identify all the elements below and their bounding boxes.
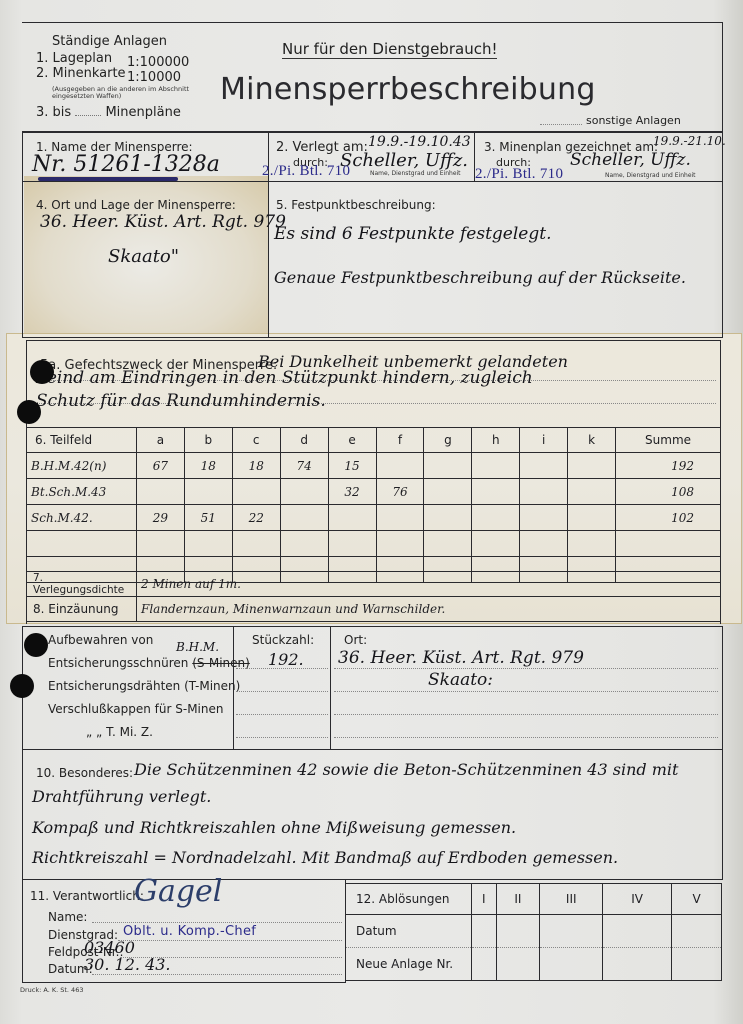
field7-row: 7. Verlegungsdichte 2 Minen auf 1m. — [27, 572, 721, 597]
count-cell — [520, 531, 568, 557]
item1-scale: 1:100000 — [127, 55, 189, 70]
count-cell: 29 — [136, 505, 184, 531]
relief-col: I — [472, 884, 497, 915]
item3-label: bis — [53, 105, 72, 120]
col-header: g — [424, 428, 472, 453]
item3: 3. bis Minenpläne — [36, 105, 181, 120]
relief-cell — [672, 948, 722, 981]
field3-by: Scheller, Uffz. — [570, 150, 691, 170]
count-cell — [376, 453, 424, 479]
count-cell — [328, 531, 376, 557]
distribution-note: (Ausgegeben an die anderen im Abschnitt … — [52, 86, 192, 100]
teilfeld-header-row: 6. Teilfeld a b c d e f g h i k Summe — [27, 428, 721, 453]
count-cell — [472, 453, 520, 479]
sum-cell — [616, 531, 721, 557]
count-cell — [328, 505, 376, 531]
relief-col: V — [672, 884, 722, 915]
count-cell — [568, 453, 616, 479]
count-cell — [520, 505, 568, 531]
relief-cell — [603, 915, 672, 948]
dotted-line — [540, 124, 582, 125]
relief-new-label: Neue Anlage Nr. — [346, 948, 472, 981]
dotted-line — [334, 668, 718, 669]
item2-num: 2. — [36, 66, 48, 81]
count-cell — [520, 479, 568, 505]
field2-stamp: 2./Pi. Btl. 710 — [262, 163, 350, 180]
place-label: Ort: — [344, 633, 367, 647]
count-cell: 51 — [184, 505, 232, 531]
count-cell — [568, 479, 616, 505]
fields-7-8-table: 7. Verlegungsdichte 2 Minen auf 1m. 8. E… — [26, 571, 721, 622]
signature: Gagel — [134, 874, 222, 909]
col-header: h — [472, 428, 520, 453]
count-cell: 32 — [328, 479, 376, 505]
col-header: d — [280, 428, 328, 453]
sum-cell: 108 — [616, 479, 721, 505]
punch-hole — [17, 400, 41, 424]
field5-line2: Genaue Festpunktbeschreibung auf der Rüc… — [274, 268, 686, 287]
count-cell — [136, 531, 184, 557]
count-cell — [232, 479, 280, 505]
storage-insert: B.H.M. — [176, 640, 219, 654]
field10-line1: Die Schützenminen 42 sowie die Beton-Sch… — [134, 760, 678, 779]
field7-label: 7. Verlegungsdichte — [27, 572, 137, 597]
count-cell: 18 — [232, 453, 280, 479]
count-cell: 18 — [184, 453, 232, 479]
field2-by: Scheller, Uffz. — [340, 150, 468, 171]
count-cell — [424, 479, 472, 505]
relief-cell — [540, 948, 603, 981]
teilfeld-label: 6. Teilfeld — [27, 428, 137, 453]
permanent-title: Ständige Anlagen — [52, 34, 167, 49]
col-header: e — [328, 428, 376, 453]
relief-cell — [672, 915, 722, 948]
count-cell: 15 — [328, 453, 376, 479]
count-cell — [376, 531, 424, 557]
teilfeld-row — [27, 531, 721, 557]
ink-underline — [38, 177, 178, 181]
storage-line3: Verschlußkappen für S-Minen — [48, 702, 223, 716]
count-cell — [568, 505, 616, 531]
count-cell — [472, 479, 520, 505]
rank-value: Oblt. u. Komp.-Chef — [123, 924, 256, 939]
col-header: f — [376, 428, 424, 453]
relief-table: 12. Ablösungen I II III IV V Datum Neue … — [345, 883, 722, 981]
field2-date: 19.9.-19.10.43 — [368, 134, 471, 150]
classification: Nur für den Dienstgebrauch! — [282, 40, 497, 59]
count-cell — [424, 505, 472, 531]
relief-col: IV — [603, 884, 672, 915]
count-cell — [424, 531, 472, 557]
name-label: Name: — [48, 910, 87, 924]
mine-type: Bt.Sch.M.43 — [27, 479, 137, 505]
item1: 1. Lageplan — [36, 51, 112, 66]
storage-line1-text: Entsicherungsschnüren — [48, 656, 188, 670]
count-value: 192. — [268, 650, 304, 669]
count-cell — [280, 479, 328, 505]
field10-label: 10. Besonderes: — [36, 766, 133, 780]
count-label: Stückzahl: — [252, 633, 314, 647]
sum-cell: 192 — [616, 453, 721, 479]
field10-line2: Drahtführung verlegt. — [32, 787, 211, 806]
item2-scale: 1:10000 — [127, 70, 181, 85]
count-cell: 76 — [376, 479, 424, 505]
field8-value: Flandernzaun, Minenwarnzaun und Warnschi… — [137, 597, 721, 622]
count-cell — [424, 453, 472, 479]
teilfeld-table: 6. Teilfeld a b c d e f g h i k Summe B.… — [26, 427, 721, 583]
field8-label: 8. Einzäunung — [27, 597, 137, 622]
teilfeld-row: B.H.M.42(n)6718187415192 — [27, 453, 721, 479]
count-cell — [280, 505, 328, 531]
relief-cell — [472, 948, 497, 981]
dotted-line — [334, 691, 718, 692]
field10-line3: Kompaß und Richtkreiszahlen ohne Mißweis… — [32, 818, 516, 837]
col-header: c — [232, 428, 280, 453]
count-cell: 22 — [232, 505, 280, 531]
count-cell: 74 — [280, 453, 328, 479]
item1-label: Lageplan — [53, 51, 113, 66]
other-facilities: sonstige Anlagen — [586, 114, 681, 127]
count-cell — [232, 531, 280, 557]
col-header: i — [520, 428, 568, 453]
item1-num: 1. — [36, 51, 48, 66]
relief-cell — [472, 915, 497, 948]
count-cell — [136, 479, 184, 505]
count-cell — [472, 505, 520, 531]
relief-header-row: 12. Ablösungen I II III IV V — [346, 884, 722, 915]
col-header: k — [568, 428, 616, 453]
item2: 2. Minenkarte — [36, 66, 126, 81]
field12-label: 12. Ablösungen — [346, 884, 472, 915]
dotted-line — [334, 714, 718, 715]
field11-label: 11. Verantwortlich: — [30, 889, 144, 903]
field5a-line3: Schutz für das Rundumhindernis. — [36, 391, 326, 411]
mine-type — [27, 531, 137, 557]
field4-line1: 36. Heer. Küst. Art. Rgt. 979 — [40, 212, 286, 232]
relief-new-row: Neue Anlage Nr. — [346, 948, 722, 981]
count-cell — [184, 531, 232, 557]
item2-label: Minenkarte — [53, 66, 126, 81]
storage-line4: „ „ T. Mi. Z. — [86, 725, 153, 739]
field5-label: 5. Festpunktbeschreibung: — [276, 198, 436, 212]
field10-line4: Richtkreiszahl = Nordnadelzahl. Mit Band… — [32, 848, 618, 867]
dotted-line — [236, 714, 328, 715]
place-line1: 36. Heer. Küst. Art. Rgt. 979 — [338, 648, 584, 668]
print-note: Druck: A. K. St. 463 — [20, 987, 83, 994]
field3-date: 19.9.-21.10. — [653, 134, 726, 148]
date-value: 30. 12. 43. — [84, 955, 171, 974]
sum-header: Summe — [616, 428, 721, 453]
field3-hint: Name, Dienstgrad und Einheit — [605, 172, 696, 179]
dotted-line — [118, 940, 342, 941]
dotted-line — [334, 737, 718, 738]
punch-hole — [10, 674, 34, 698]
punch-hole — [24, 633, 48, 657]
field5-line1: Es sind 6 Festpunkte festgelegt. — [274, 224, 551, 244]
field3-stamp: 2./Pi. Btl. 710 — [475, 166, 563, 183]
storage-title: Aufbewahren von — [48, 633, 153, 647]
place-line2: Skaato: — [428, 670, 493, 690]
punch-hole — [30, 360, 54, 384]
sum-cell: 102 — [616, 505, 721, 531]
dotted-line — [236, 737, 328, 738]
field2-hint: Name, Dienstgrad und Einheit — [370, 170, 461, 177]
divider — [330, 626, 331, 750]
field7-value: 2 Minen auf 1m. — [137, 572, 721, 597]
relief-date-row: Datum — [346, 915, 722, 948]
divider — [268, 182, 269, 338]
count-cell — [568, 531, 616, 557]
relief-cell — [496, 948, 540, 981]
teilfeld-row: Sch.M.42.295122102 — [27, 505, 721, 531]
relief-date-label: Datum — [346, 915, 472, 948]
storage-line1: Entsicherungsschnüren (S-Minen) — [48, 656, 250, 670]
relief-col: II — [496, 884, 540, 915]
field5a-line2: Feind am Eindringen in den Stützpunkt hi… — [36, 368, 533, 388]
storage-line2: Entsicherungsdrähten (T-Minen) — [48, 679, 240, 693]
count-cell — [520, 453, 568, 479]
col-header: b — [184, 428, 232, 453]
relief-cell — [496, 915, 540, 948]
dotted-line — [236, 668, 328, 669]
count-cell — [280, 531, 328, 557]
count-cell: 67 — [136, 453, 184, 479]
dotted-line — [92, 922, 342, 923]
item3-suffix: Minenpläne — [105, 105, 180, 120]
page-title: Minensperrbeschreibung — [220, 72, 596, 107]
count-cell — [376, 505, 424, 531]
mine-type: B.H.M.42(n) — [27, 453, 137, 479]
item3-num: 3. — [36, 105, 48, 120]
dotted-line — [236, 691, 328, 692]
count-cell — [472, 531, 520, 557]
divider — [26, 340, 720, 341]
mine-type: Sch.M.42. — [27, 505, 137, 531]
relief-cell — [603, 948, 672, 981]
field4-label: 4. Ort und Lage der Minensperre: — [36, 198, 236, 212]
relief-col: III — [540, 884, 603, 915]
relief-cell — [540, 915, 603, 948]
teilfeld-row: Bt.Sch.M.433276108 — [27, 479, 721, 505]
field1-value: Nr. 51261-1328a — [32, 152, 220, 177]
field4-line2: Skaato" — [108, 246, 179, 267]
field8-row: 8. Einzäunung Flandernzaun, Minenwarnzau… — [27, 597, 721, 622]
count-cell — [184, 479, 232, 505]
dotted-line — [92, 974, 342, 975]
col-header: a — [136, 428, 184, 453]
item3-blank — [75, 115, 101, 116]
